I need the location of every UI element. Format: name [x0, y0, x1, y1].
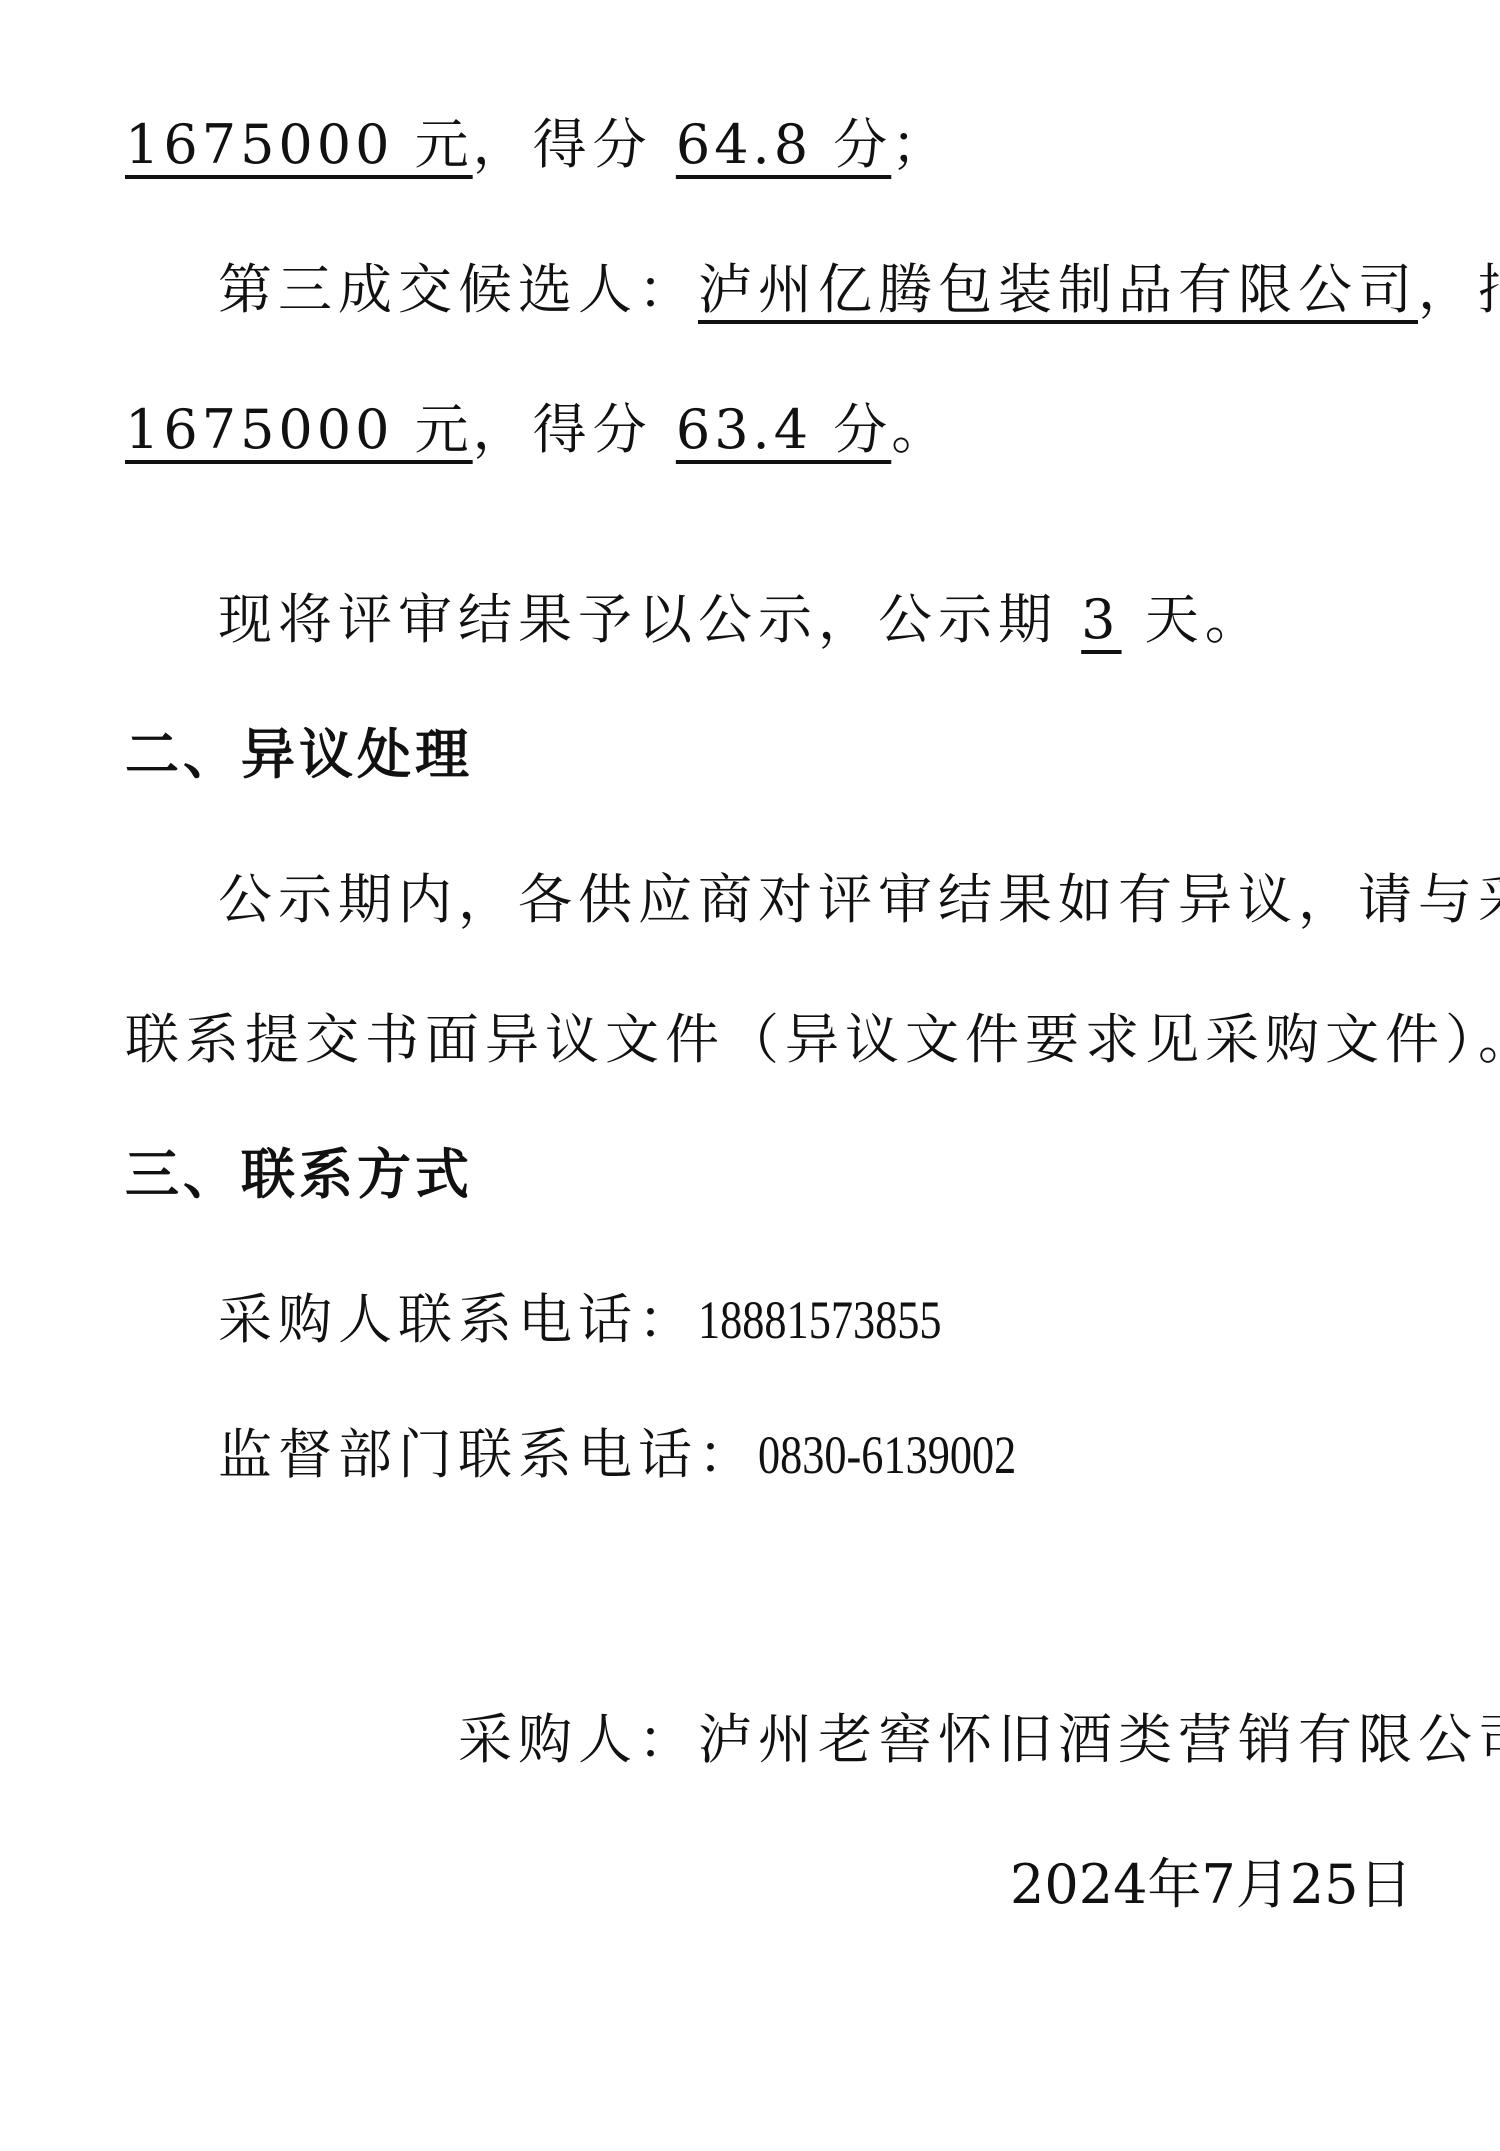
- third-candidate-amount: 1675000 元: [125, 398, 473, 461]
- purchaser-phone-line: 采购人联系电话：18881573855: [218, 1285, 995, 1355]
- score-separator: ，得分: [473, 398, 676, 461]
- second-candidate-result-line: 1675000 元，得分 64.8 分；: [125, 110, 949, 180]
- purchaser-phone-label: 采购人联系电话：: [218, 1288, 698, 1351]
- publicity-line: 现将评审结果予以公示，公示期 3 天。: [218, 585, 1265, 655]
- signature-purchaser: 采购人：泸州老窖怀旧酒类营销有限公司: [458, 1705, 1500, 1775]
- supervisor-phone-number: 0830-6139002: [758, 1420, 1016, 1490]
- supervisor-phone-line: 监督部门联系电话：0830-6139002: [218, 1420, 1073, 1490]
- line-end-punct: 。: [891, 398, 949, 461]
- objection-paragraph-line2: 联系提交书面异议文件（异议文件要求见采购文件）。: [125, 1005, 1500, 1075]
- objection-paragraph-line1: 公示期内，各供应商对评审结果如有异议，请与采购人: [218, 865, 1500, 935]
- section-heading-contact: 三、联系方式: [125, 1140, 473, 1210]
- third-candidate-label: 第三成交候选人：: [218, 258, 698, 321]
- second-candidate-score: 64.8 分: [676, 113, 891, 176]
- supervisor-phone-label: 监督部门联系电话：: [218, 1423, 758, 1486]
- purchaser-phone-number: 18881573855: [698, 1285, 942, 1355]
- line-end-punct: ；: [891, 113, 949, 176]
- third-candidate-company: 泸州亿腾包装制品有限公司: [698, 258, 1418, 321]
- publicity-days: 3: [1081, 588, 1121, 651]
- third-candidate-score: 63.4 分: [676, 398, 891, 461]
- third-candidate-line: 第三成交候选人：泸州亿腾包装制品有限公司，报价：: [218, 255, 1500, 325]
- section-heading-objection: 二、异议处理: [125, 720, 473, 790]
- signature-date: 2024年7月25日: [1010, 1850, 1413, 1920]
- publicity-text-after: 天。: [1122, 588, 1265, 651]
- third-candidate-result-line: 1675000 元，得分 63.4 分。: [125, 395, 949, 465]
- second-candidate-amount: 1675000 元: [125, 113, 473, 176]
- publicity-text: 现将评审结果予以公示，公示期: [218, 588, 1081, 651]
- score-separator: ，得分: [473, 113, 676, 176]
- price-label: ，报价：: [1418, 258, 1500, 321]
